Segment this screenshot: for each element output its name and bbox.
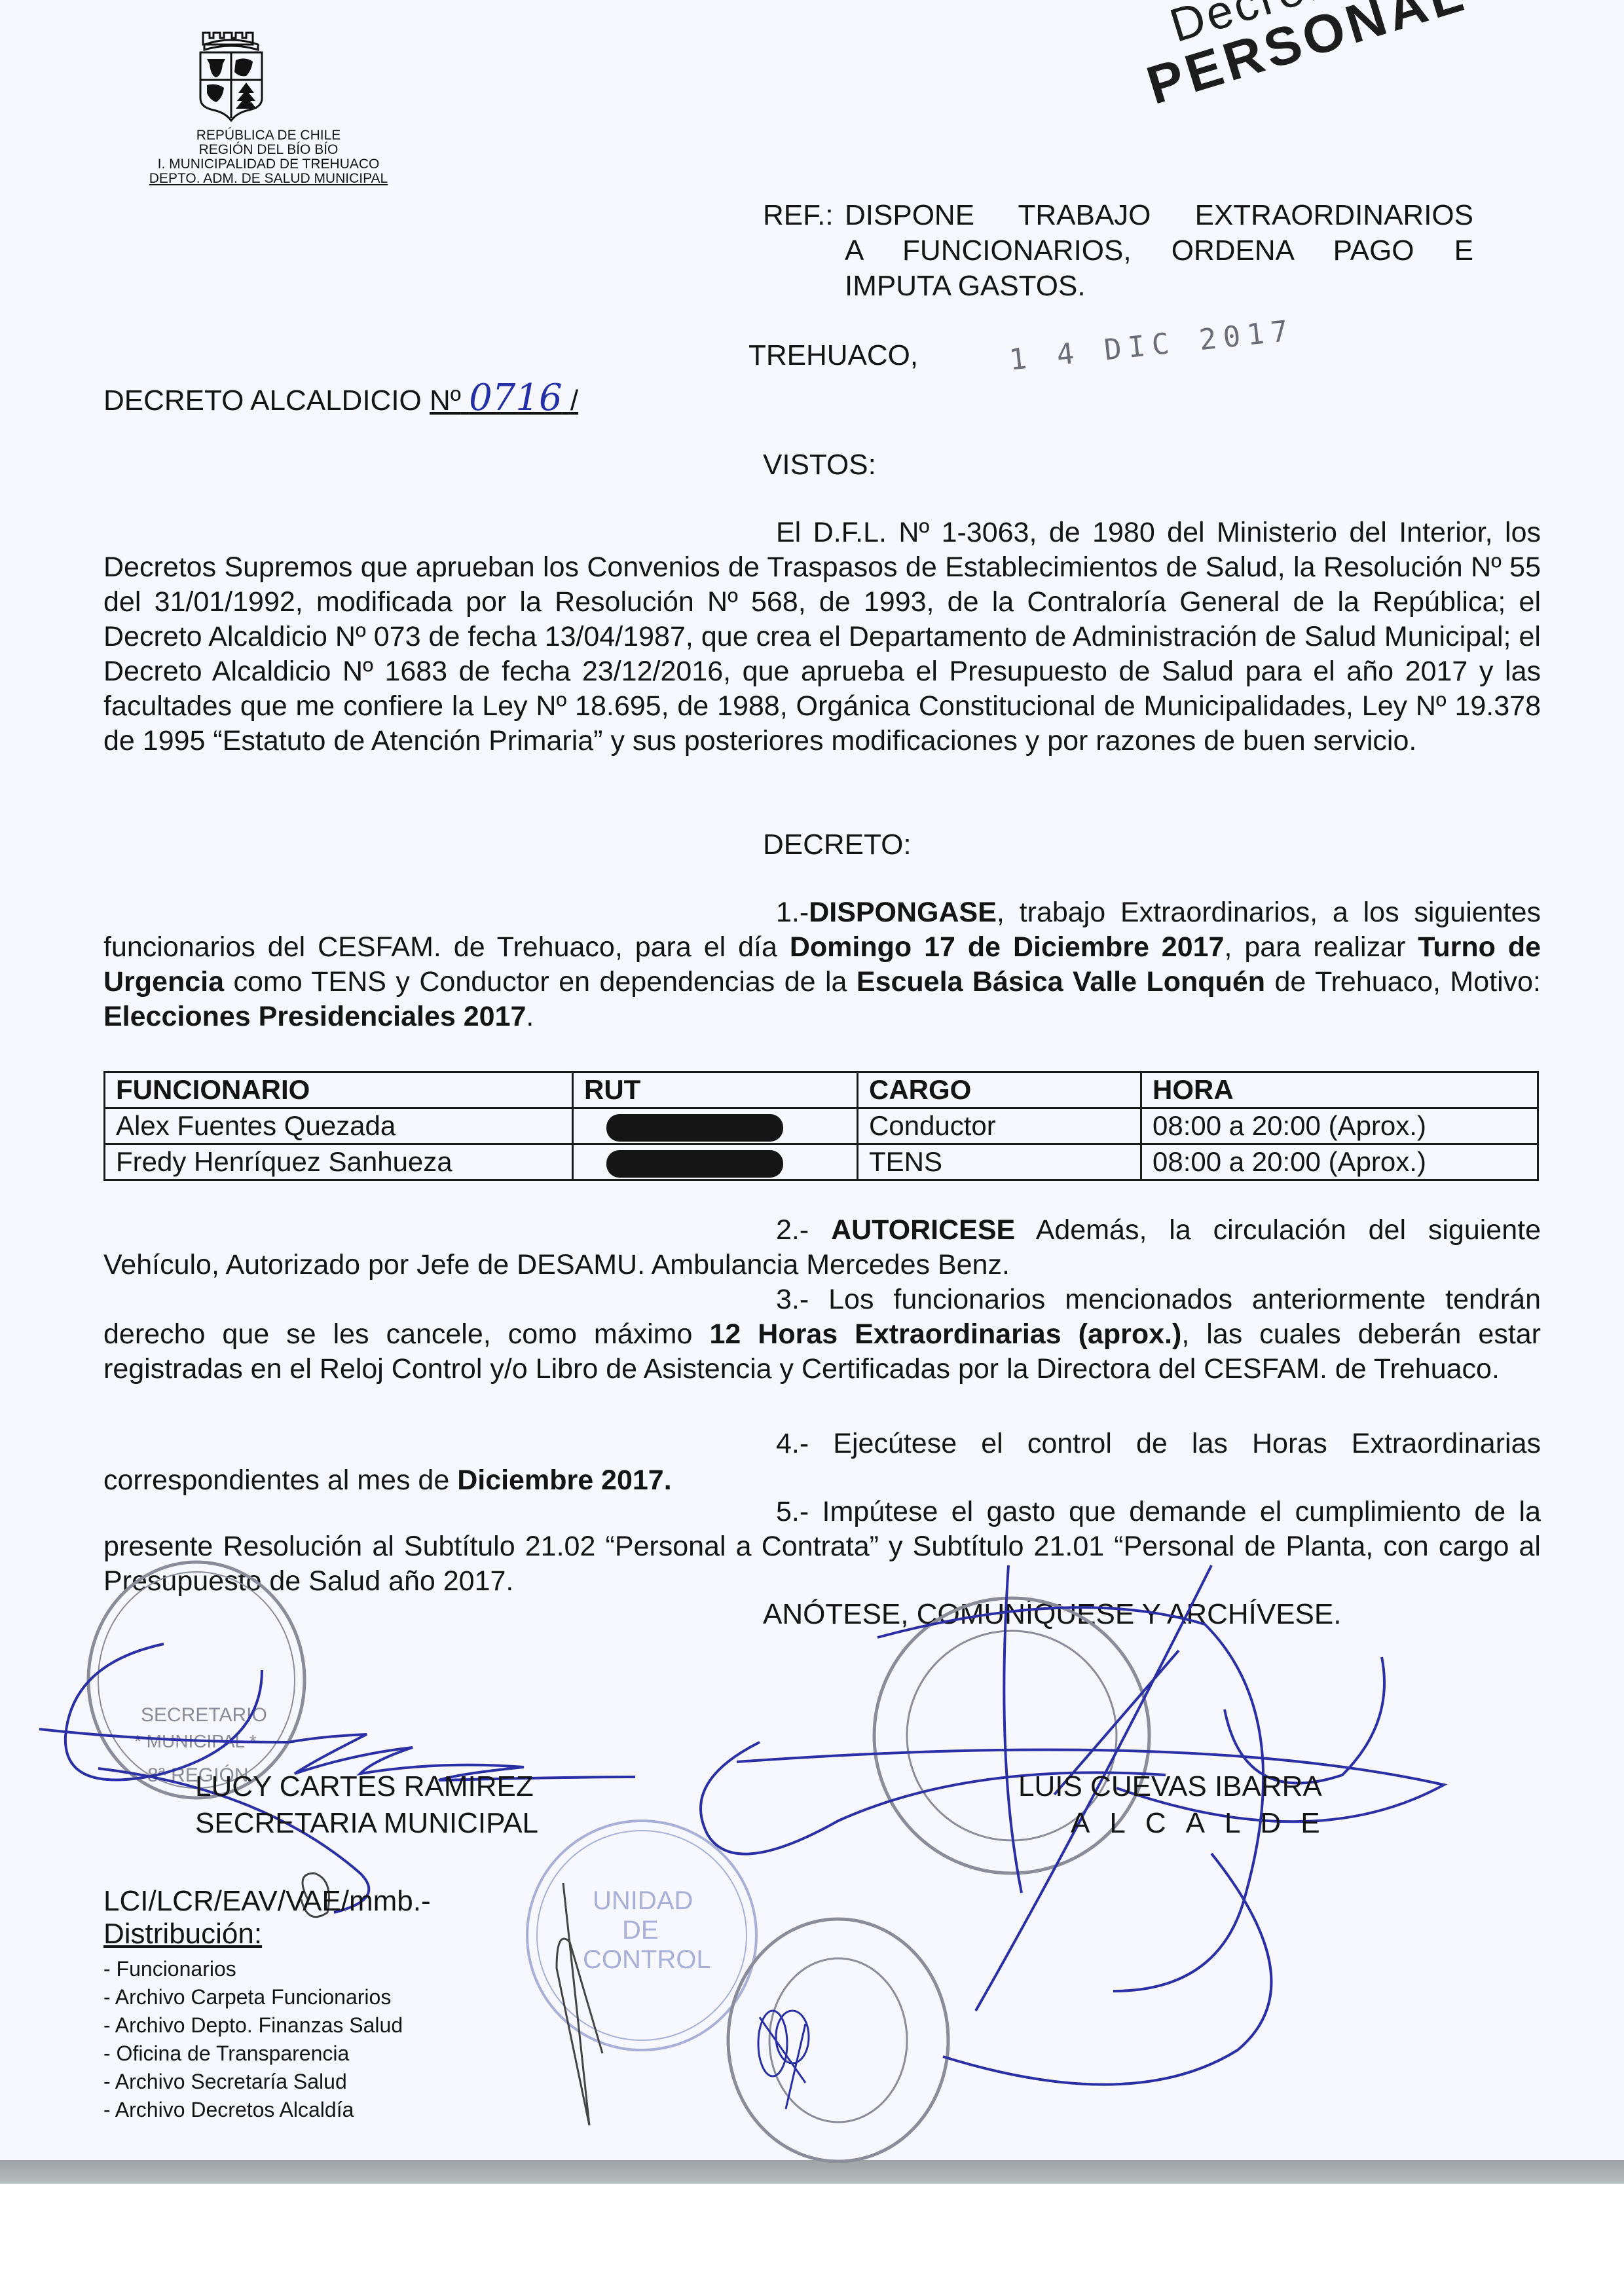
cell-hora: 08:00 a 20:00 (Aprox.): [1141, 1144, 1538, 1180]
place: TREHUACO,: [748, 339, 918, 372]
signature-block-alcalde: LUIS CUEVAS IBARRA ALCALDE: [1018, 1768, 1340, 1842]
cell-rut: [573, 1108, 858, 1144]
header-line: I. MUNICIPALIDAD DE TREHUACO: [98, 157, 439, 172]
decree-item-1: 1.-DISPONGASE, trabajo Extraordinarios, …: [103, 895, 1541, 1034]
number-prefix: Nº: [430, 384, 461, 417]
signer-name: LUIS CUEVAS IBARRA: [1018, 1768, 1340, 1805]
reference-initials: LCI/LCR/EAV/VAE/mmb.-: [103, 1885, 431, 1918]
decree-item-3: 3.- Los funcionarios mencionados anterio…: [103, 1282, 1541, 1387]
list-item: - Funcionarios: [103, 1955, 403, 1983]
staff-table: FUNCIONARIO RUT CARGO HORA Alex Fuentes …: [103, 1071, 1539, 1181]
column-header: HORA: [1141, 1072, 1538, 1108]
reference-block: REF.: DISPONE TRABAJO EXTRAORDINARIOS A …: [763, 198, 1473, 304]
distribution-title: Distribución:: [103, 1918, 262, 1950]
signer-name: LUCY CARTES RAMIREZ: [195, 1768, 538, 1805]
signer-role: ALCALDE: [1071, 1805, 1340, 1842]
table-row: Fredy Henríquez Sanhueza TENS 08:00 a 20…: [105, 1144, 1538, 1180]
closing-formula: ANÓTESE, COMUNÍQUESE Y ARCHÍVESE.: [763, 1598, 1341, 1631]
decree-item-4: 4.- Ejecútese el control de las Horas Ex…: [103, 1425, 1541, 1499]
redaction-mark: [606, 1150, 783, 1178]
header-line: REPÚBLICA DE CHILE: [98, 128, 439, 143]
vistos-paragraph: El D.F.L. Nº 1-3063, de 1980 del Ministe…: [103, 515, 1541, 758]
column-header: FUNCIONARIO: [105, 1072, 573, 1108]
number-suffix: /: [570, 384, 578, 417]
list-item: - Archivo Carpeta Funcionarios: [103, 1983, 403, 2011]
ref-label: REF.:: [763, 198, 834, 233]
decreto-heading: DECRETO:: [763, 829, 912, 861]
decree-item-5: 5.- Impútese el gasto que demande el cum…: [103, 1495, 1541, 1599]
ref-line: A FUNCIONARIOS, ORDENA PAGO E: [845, 233, 1473, 269]
decree-number: DECRETO ALCALDICIO Nº 0716 /: [103, 377, 578, 419]
coat-of-arms-icon: [195, 26, 267, 124]
table-row: Alex Fuentes Quezada Conductor 08:00 a 2…: [105, 1108, 1538, 1144]
signer-role: SECRETARIA MUNICIPAL: [195, 1805, 538, 1842]
issuing-organization: REPÚBLICA DE CHILE REGIÓN DEL BÍO BÍO I.…: [98, 128, 439, 186]
ref-line: IMPUTA GASTOS.: [845, 269, 1473, 304]
list-item: - Archivo Depto. Finanzas Salud: [103, 2011, 403, 2040]
decree-label: DECRETO ALCALDICIO: [103, 384, 422, 417]
handwritten-number: 0716: [469, 377, 563, 419]
column-header: CARGO: [858, 1072, 1141, 1108]
vistos-heading: VISTOS:: [763, 449, 876, 481]
cell-hora: 08:00 a 20:00 (Aprox.): [1141, 1108, 1538, 1144]
header-department: DEPTO. ADM. DE SALUD MUNICIPAL: [98, 172, 439, 186]
cell-cargo: TENS: [858, 1144, 1141, 1180]
cell-funcionario: Fredy Henríquez Sanhueza: [105, 1144, 573, 1180]
decree-item-2: 2.- AUTORICESE Además, la circulación de…: [103, 1213, 1541, 1282]
list-item: - Archivo Secretaría Salud: [103, 2068, 403, 2096]
cell-rut: [573, 1144, 858, 1180]
cell-cargo: Conductor: [858, 1108, 1141, 1144]
ref-line: DISPONE TRABAJO EXTRAORDINARIOS: [845, 198, 1473, 233]
signature-block-secretaria: LUCY CARTES RAMIREZ SECRETARIA MUNICIPAL: [195, 1768, 538, 1842]
scanner-bottom-edge: [0, 2160, 1624, 2184]
column-header: RUT: [573, 1072, 858, 1108]
table-header-row: FUNCIONARIO RUT CARGO HORA: [105, 1072, 1538, 1108]
list-item: - Oficina de Transparencia: [103, 2040, 403, 2068]
vistos-text: El D.F.L. Nº 1-3063, de 1980 del Ministe…: [103, 517, 1541, 756]
cell-funcionario: Alex Fuentes Quezada: [105, 1108, 573, 1144]
redaction-mark: [606, 1114, 783, 1142]
list-item: - Archivo Decretos Alcaldía: [103, 2096, 403, 2124]
header-line: REGIÓN DEL BÍO BÍO: [98, 143, 439, 157]
distribution-list: - Funcionarios - Archivo Carpeta Funcion…: [103, 1955, 403, 2124]
